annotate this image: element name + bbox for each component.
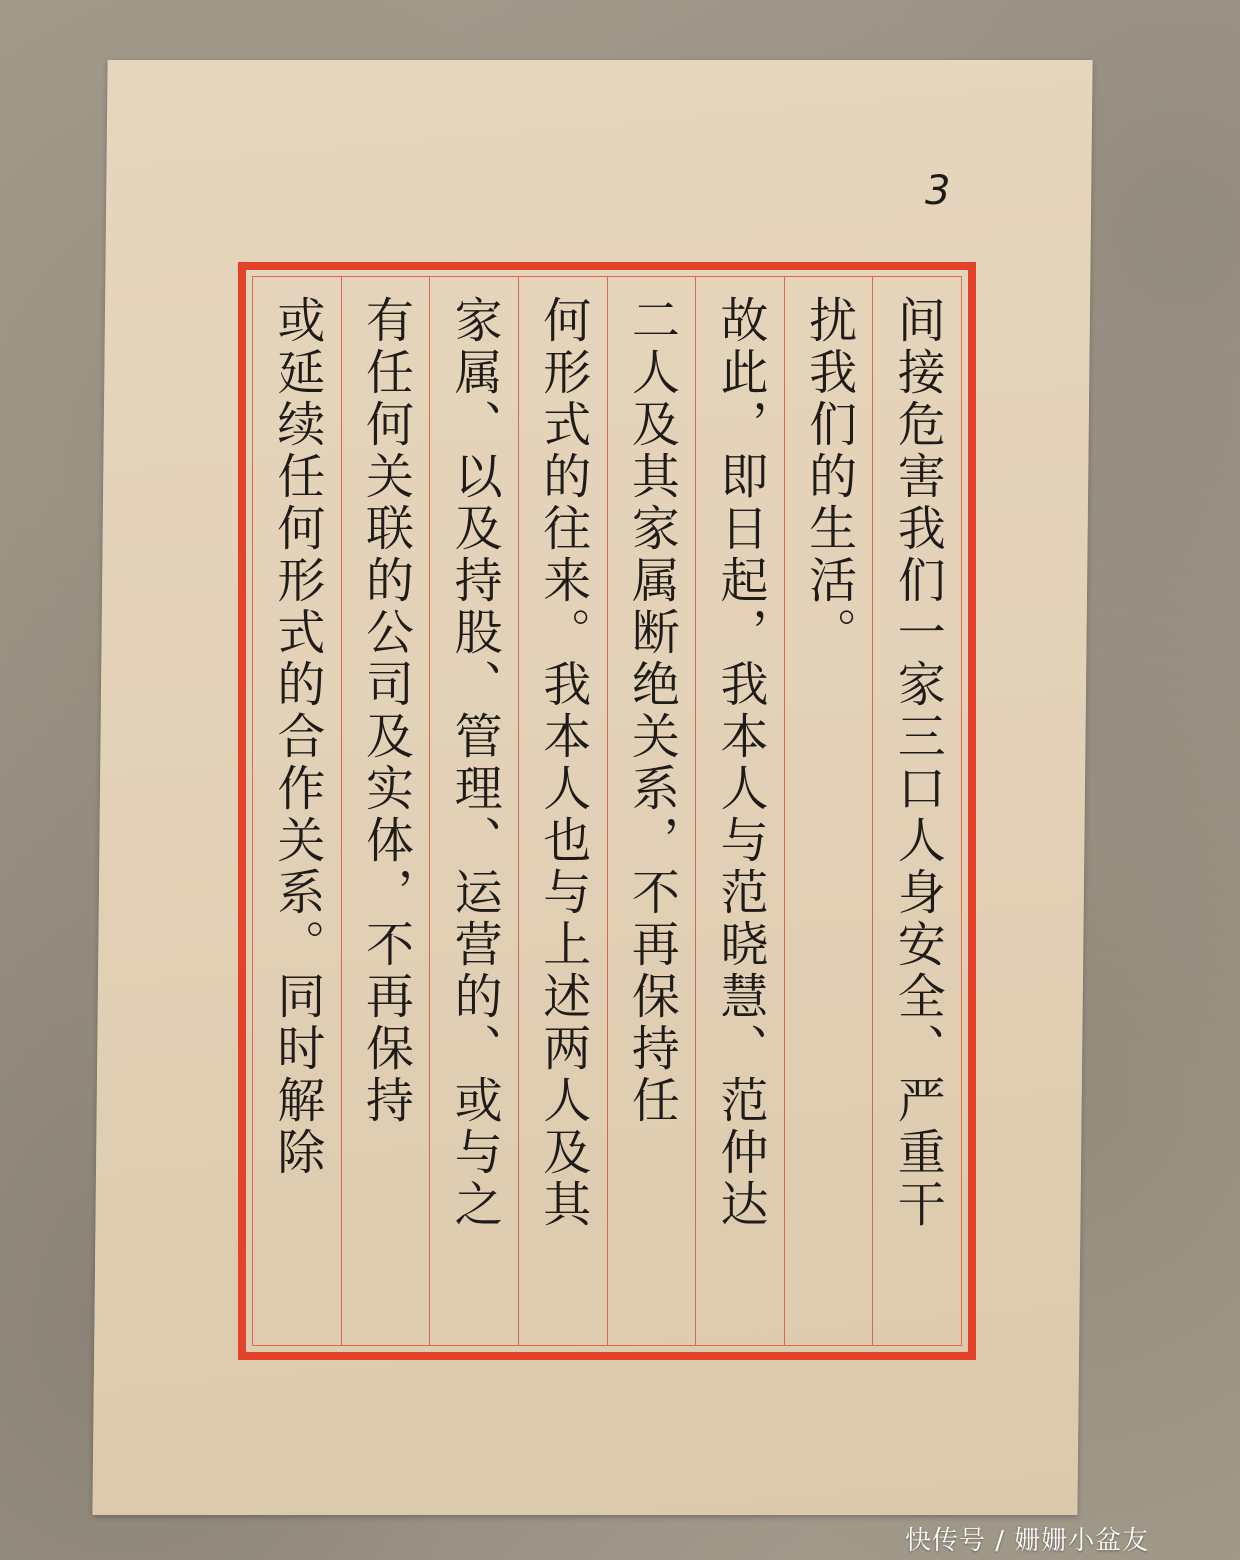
text-column-8: 或延续任何形式的合作关系。同时解除: [253, 277, 341, 1345]
text-column-5: 何形式的往来。我本人也与上述两人及其: [518, 277, 607, 1345]
text-column-7: 有任何关联的公司及实体，不再保持: [341, 277, 430, 1345]
text-column-6: 家属、以及持股、管理、运营的、或与之: [429, 277, 518, 1345]
source-watermark: 快传号 / 姗姗小盆友: [905, 1520, 1149, 1557]
column-grid: 间接危害我们一家三口人身安全、严重干 扰我们的生活。 故此，即日起，我本人与范晓…: [252, 276, 962, 1346]
page-number: 3: [925, 168, 950, 214]
text-column-1: 间接危害我们一家三口人身安全、严重干: [872, 277, 961, 1345]
text-column-2: 扰我们的生活。: [784, 277, 873, 1345]
text-column-3: 故此，即日起，我本人与范晓慧、范仲达: [695, 277, 784, 1345]
red-ruled-frame: 间接危害我们一家三口人身安全、严重干 扰我们的生活。 故此，即日起，我本人与范晓…: [238, 262, 976, 1360]
text-column-4: 二人及其家属断绝关系，不再保持任: [607, 277, 696, 1345]
